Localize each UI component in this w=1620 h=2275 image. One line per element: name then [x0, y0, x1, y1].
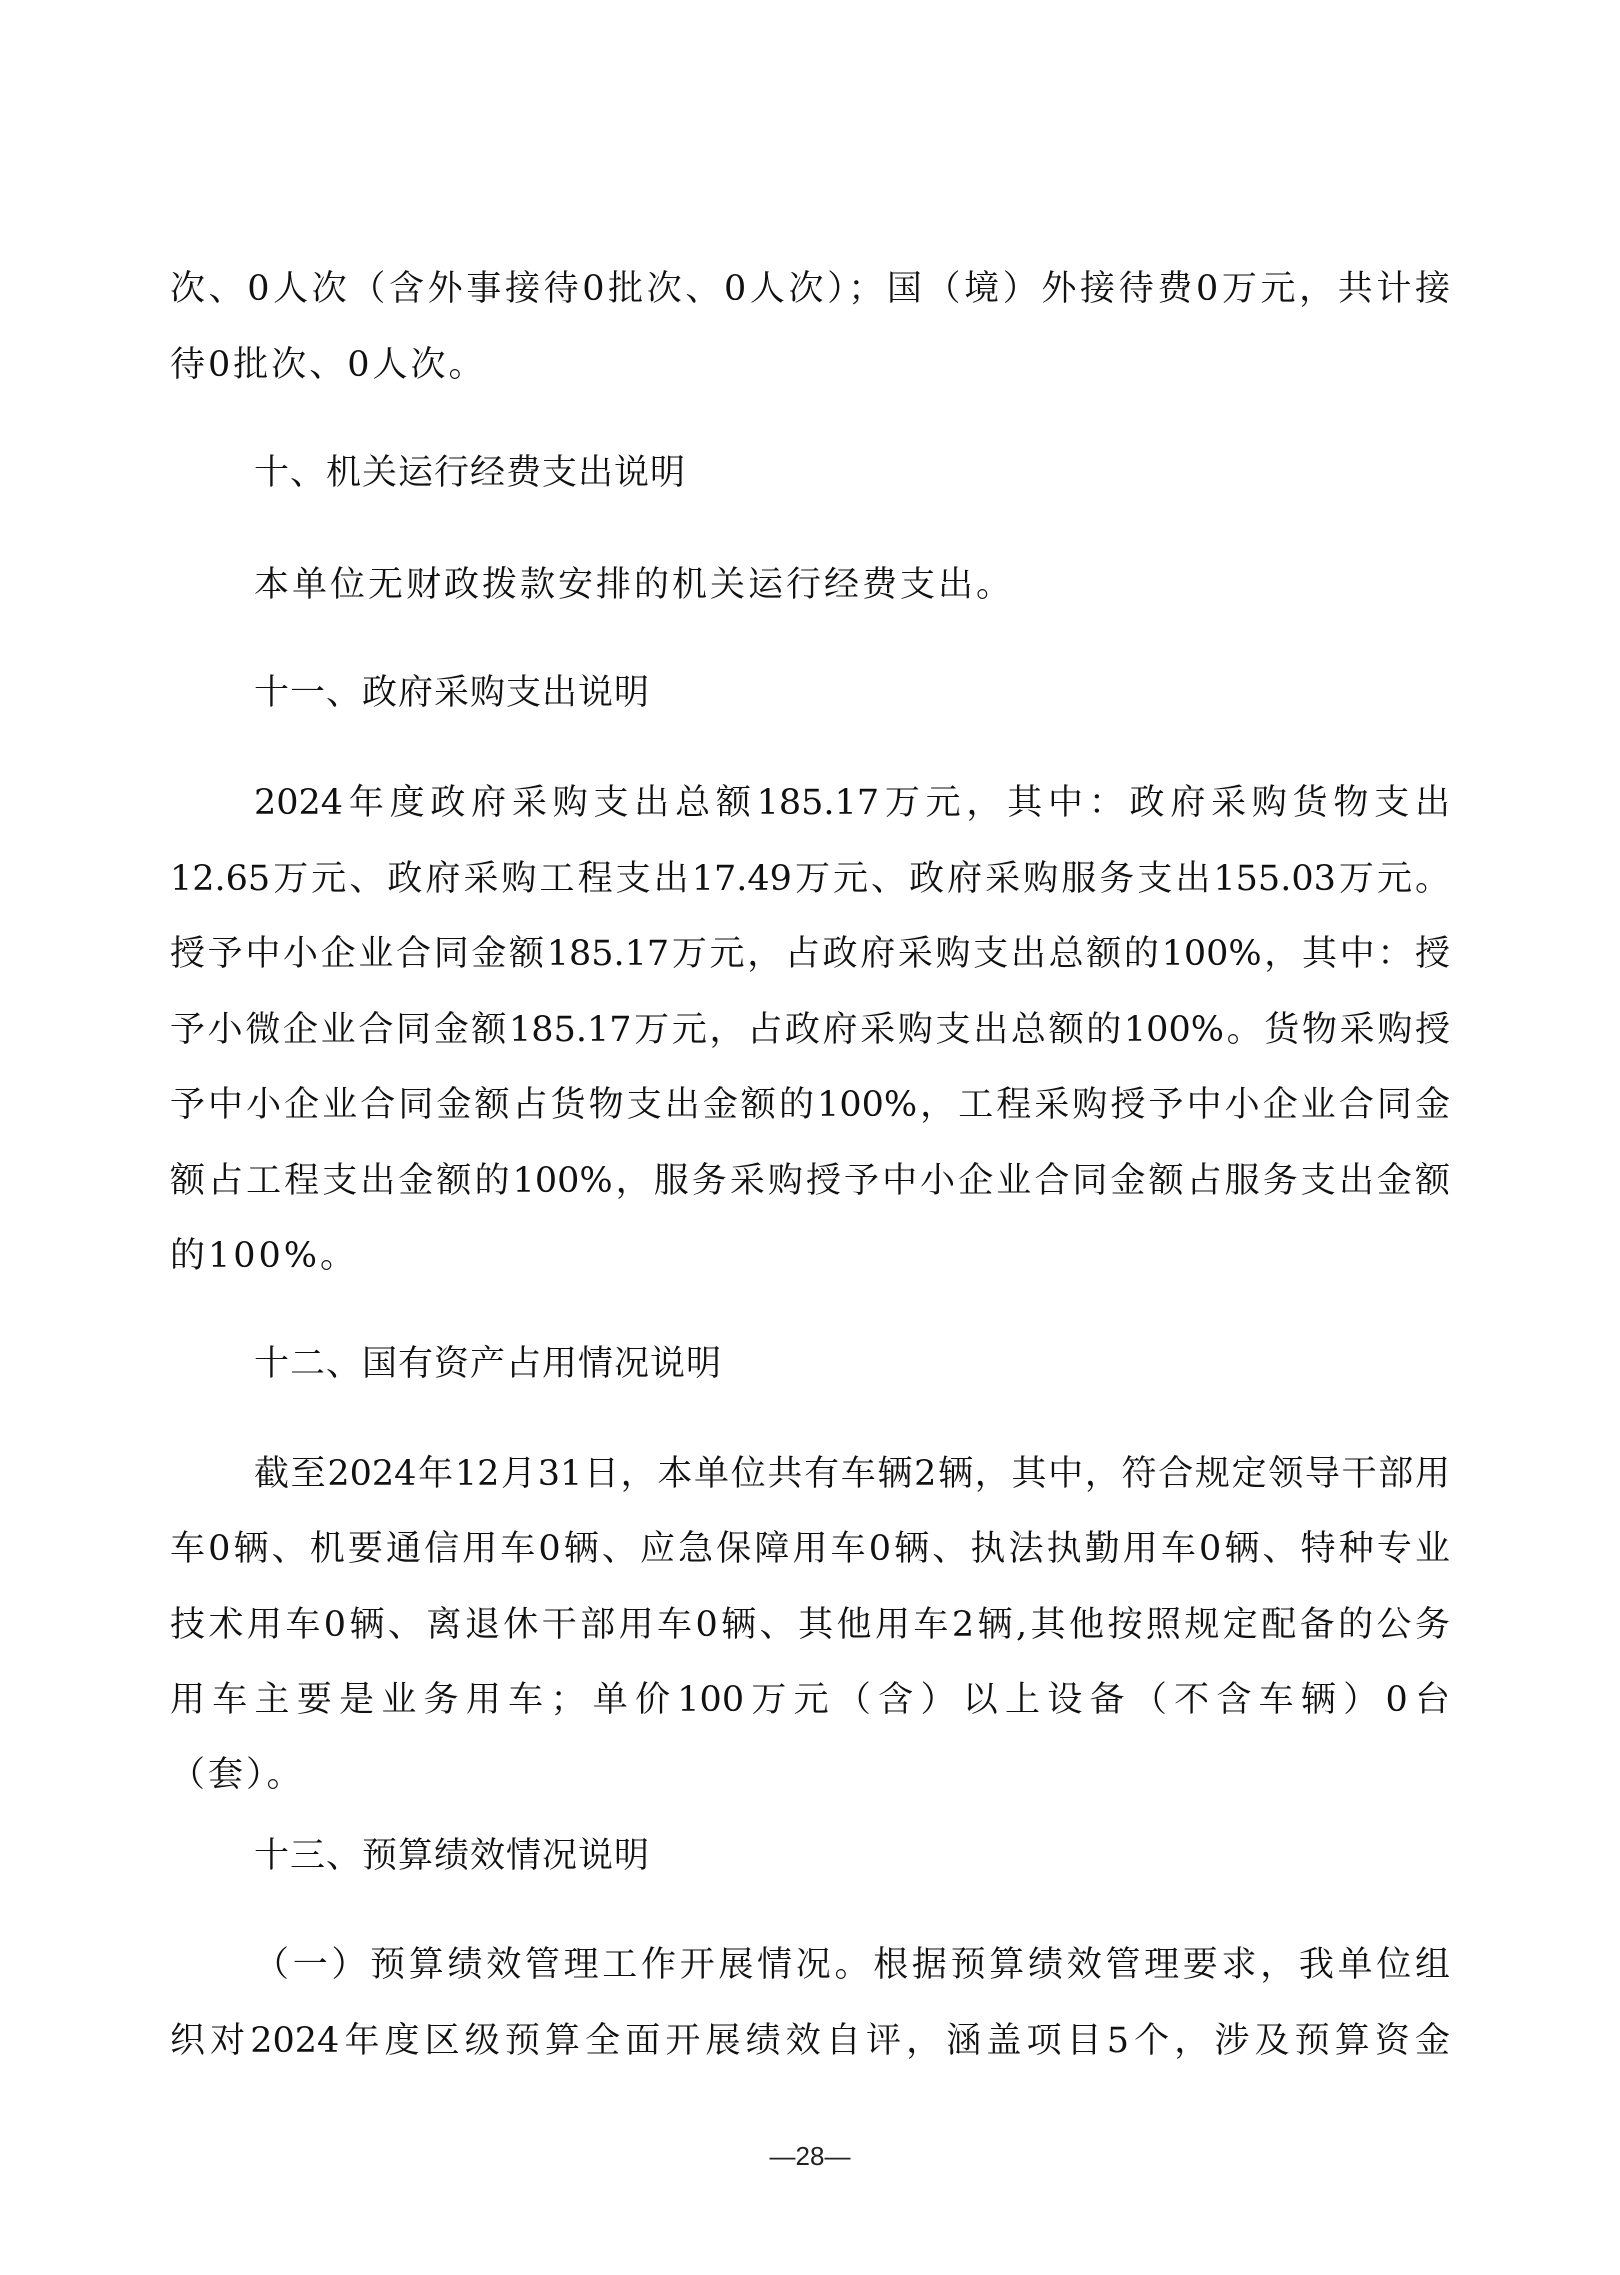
paragraph-line: 截至2024年12月31日，本单位共有车辆2辆，其中，符合规定领导干部用: [254, 1452, 1450, 1496]
paragraph-line: 织对2024年度区级预算全面开展绩效自评，涵盖项目5个，涉及预算资金: [170, 2019, 1450, 2063]
page-number: —28—: [0, 2141, 1620, 2172]
paragraph-line: 用车主要是业务用车；单价100万元（含）以上设备（不含车辆）0台: [170, 1678, 1450, 1722]
paragraph-line: （套）。: [170, 1753, 1450, 1797]
paragraph-line: 予中小企业合同金额占货物支出金额的100%，工程采购授予中小企业合同金: [170, 1083, 1450, 1127]
paragraph-line: 额占工程支出金额的100%，服务采购授予中小企业合同金额占服务支出金额: [170, 1159, 1450, 1203]
section-heading: 十、机关运行经费支出说明: [254, 451, 686, 495]
paragraph-line: （一）预算绩效管理工作开展情况。根据预算绩效管理要求，我单位组: [254, 1943, 1450, 1987]
paragraph-line: 待0批次、0人次。: [170, 343, 1450, 387]
paragraph-line: 予小微企业合同金额185.17万元，占政府采购支出总额的100%。货物采购授: [170, 1008, 1450, 1052]
section-heading: 十二、国有资产占用情况说明: [254, 1342, 722, 1386]
section-heading: 十一、政府采购支出说明: [254, 671, 650, 715]
paragraph-line: 技术用车0辆、离退休干部用车0辆、其他用车2辆,其他按照规定配备的公务: [170, 1603, 1450, 1647]
paragraph-line: 次、0人次（含外事接待0批次、0人次）；国（境）外接待费0万元，共计接: [170, 267, 1450, 311]
paragraph-line: 的100%。: [170, 1234, 1450, 1278]
document-page: 次、0人次（含外事接待0批次、0人次）；国（境）外接待费0万元，共计接 待0批次…: [0, 0, 1620, 2275]
paragraph-line: 2024年度政府采购支出总额185.17万元，其中：政府采购货物支出: [254, 781, 1450, 825]
paragraph-line: 车0辆、机要通信用车0辆、应急保障用车0辆、执法执勤用车0辆、特种专业: [170, 1527, 1450, 1571]
section-heading: 十三、预算绩效情况说明: [254, 1834, 650, 1878]
paragraph-line: 授予中小企业合同金额185.17万元，占政府采购支出总额的100%，其中：授: [170, 932, 1450, 976]
paragraph-line: 12.65万元、政府采购工程支出17.49万元、政府采购服务支出155.03万元…: [170, 857, 1450, 901]
paragraph-line: 本单位无财政拨款安排的机关运行经费支出。: [254, 563, 1450, 607]
